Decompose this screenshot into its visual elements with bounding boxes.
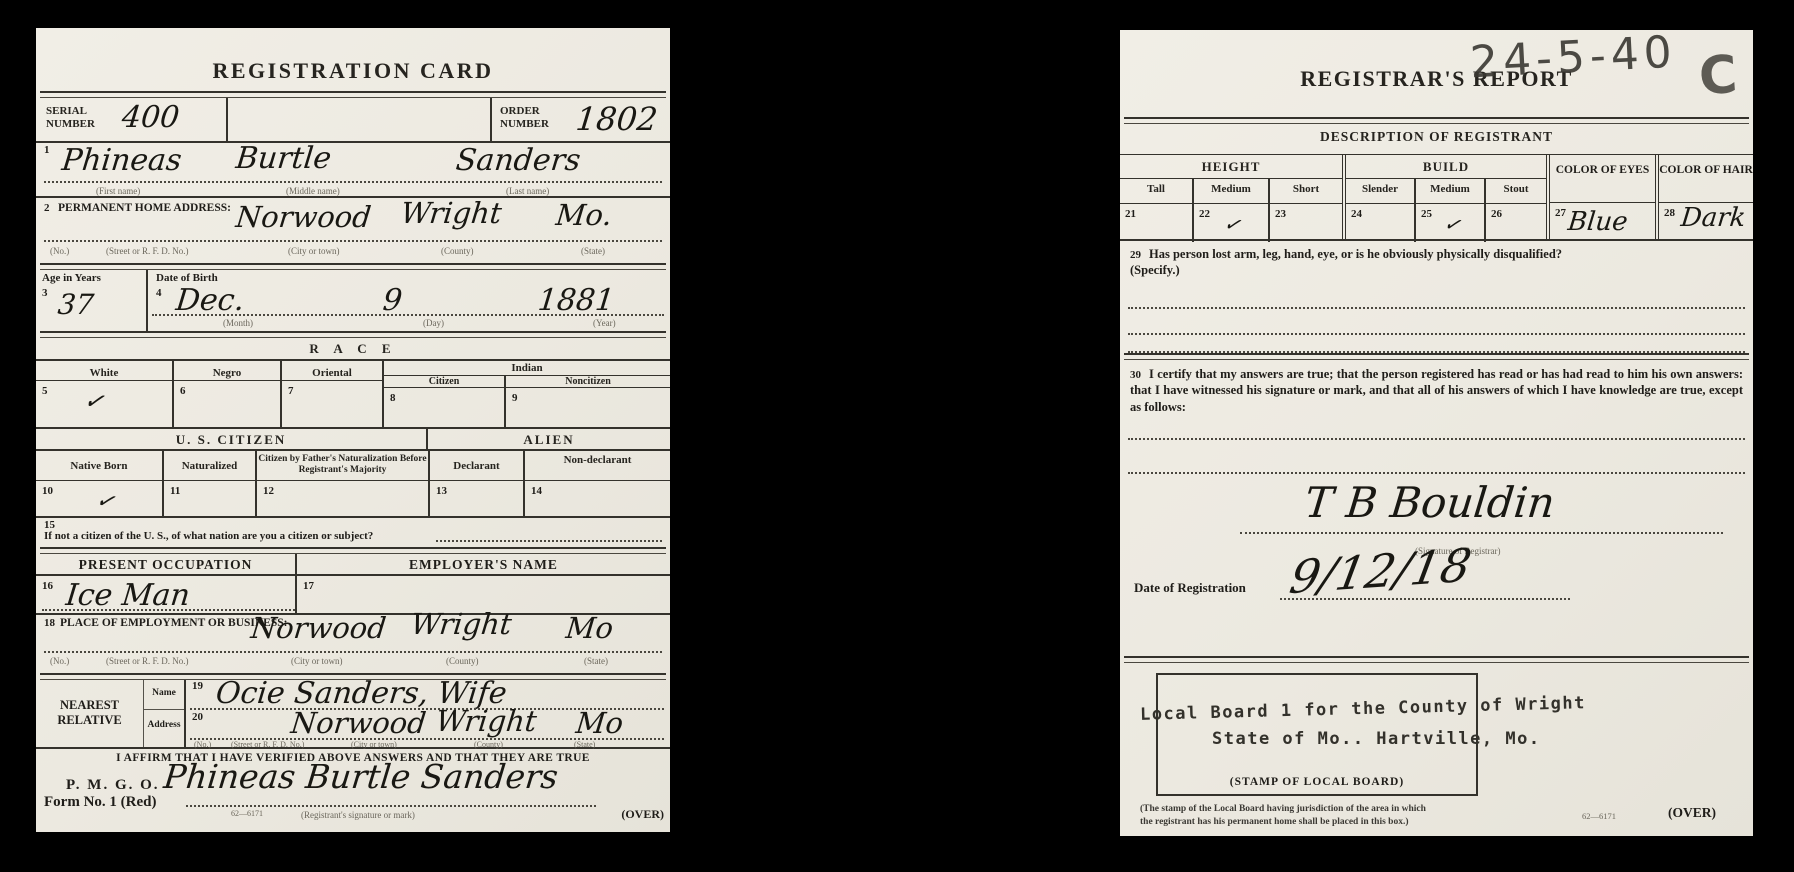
employment-city-label: (City or town) xyxy=(291,656,343,666)
color-of-hair-label: COLOR OF HAIR xyxy=(1659,155,1753,203)
race-indian-subheader: Citizen Noncitizen xyxy=(384,375,670,388)
registrant-signature-label: (Registrant's signature or mark) xyxy=(301,810,415,820)
name-middle-handwriting: Burtle xyxy=(234,141,333,176)
home-address-line: 2 PERMANENT HOME ADDRESS: Norwood Wright… xyxy=(36,198,670,263)
last-name-label: (Last name) xyxy=(506,186,549,196)
father-naturalization-label: Citizen by Father's Naturalization Befor… xyxy=(257,451,428,481)
blank-dotted-line xyxy=(1128,472,1745,474)
field-number-1: 1 xyxy=(44,144,50,156)
stamp-code-number: 24-5-40 xyxy=(1469,30,1678,88)
race-indian-noncitizen-label: Noncitizen xyxy=(504,376,670,387)
name-last-handwriting: Sanders xyxy=(454,143,582,178)
field-number-3: 3 xyxy=(42,287,48,299)
employer-name-heading: EMPLOYER'S NAME xyxy=(297,554,670,576)
field-number-30: 30 xyxy=(1130,369,1141,381)
employment-state-handwriting: Mo xyxy=(564,611,615,645)
registrar-signature-handwriting: T B Bouldin xyxy=(1302,478,1557,527)
date-of-registration-label: Date of Registration xyxy=(1134,580,1246,596)
relative-values: 19 Ocie Sanders, Wife 20 Norwood Wright … xyxy=(186,680,670,747)
divider xyxy=(1124,117,1749,124)
race-number-9: 9 xyxy=(506,392,518,404)
day-label: (Day) xyxy=(423,318,444,328)
race-cell-8: 8 xyxy=(384,388,504,427)
right-print-code: 62—6171 xyxy=(1582,811,1616,821)
field-number-4: 4 xyxy=(156,287,162,299)
question-30-body: I certify that my answers are true; that… xyxy=(1130,367,1743,414)
employment-county-handwriting: Wright xyxy=(409,607,513,641)
blank-dotted-line xyxy=(1128,307,1745,309)
left-card-footer: P. M. G. O. Form No. 1 (Red) Phineas Bur… xyxy=(36,769,670,832)
nearest-relative-block: NEAREST RELATIVE Name Address 19 Ocie Sa… xyxy=(36,680,670,749)
blank-dotted-line xyxy=(1128,438,1745,440)
stamp-box-caption: (STAMP OF LOCAL BOARD) xyxy=(1158,776,1476,788)
number-24: 24 xyxy=(1346,208,1362,220)
age-label: Age in Years xyxy=(42,272,101,284)
order-number-value: 1802 xyxy=(570,98,670,141)
registrars-report-header: REGISTRAR'S REPORT 24-5-40 C xyxy=(1120,30,1753,117)
serial-blank-box xyxy=(226,98,490,141)
height-cell-22: 22✓ xyxy=(1192,204,1268,242)
employment-county-label: (County) xyxy=(446,656,479,666)
build-stout-label: Stout xyxy=(1484,179,1546,203)
hair-column: COLOR OF HAIR 28 Dark xyxy=(1655,155,1753,239)
alien-heading: ALIEN xyxy=(428,429,670,449)
registrant-signature-handwriting: Phineas Burtle Sanders xyxy=(162,757,560,796)
birth-box: Date of Birth 4 Dec. 9 1881 (Month) (Day… xyxy=(148,270,670,331)
serial-number-label: SERIAL NUMBER xyxy=(36,98,116,141)
relative-name-label: Name xyxy=(144,680,184,710)
order-number-label: ORDER NUMBER xyxy=(490,98,570,141)
race-white-checkmark: ✓ xyxy=(82,385,107,416)
race-indian-values: 8 9 xyxy=(384,388,670,427)
line15: 15 If not a citizen of the U. S., of wha… xyxy=(36,518,670,547)
divider xyxy=(40,263,666,270)
divider xyxy=(40,91,666,98)
citizen-number-12: 12 xyxy=(257,485,274,497)
relative-sublabels: Name Address xyxy=(144,680,186,747)
question-29-block: 29Has person lost arm, leg, hand, eye, o… xyxy=(1120,241,1753,351)
citizen-number-11: 11 xyxy=(164,485,180,497)
race-oriental-label: Oriental xyxy=(282,361,382,381)
address-dotted-line xyxy=(44,240,662,242)
field-number-17: 17 xyxy=(297,580,314,592)
relative-address-label: Address xyxy=(144,710,184,730)
city-label: (City or town) xyxy=(288,246,340,256)
race-heading: R A C E xyxy=(36,338,670,361)
race-number-6: 6 xyxy=(174,385,186,397)
blank-dotted-line xyxy=(1128,333,1745,335)
field-number-29: 29 xyxy=(1130,249,1141,261)
citizen-col-native: Native Born 10 ✓ xyxy=(36,451,162,516)
home-address-state-handwriting: Mo. xyxy=(554,198,613,232)
divider xyxy=(1124,656,1749,663)
citizen-number-13: 13 xyxy=(430,485,447,497)
birth-day-handwriting: 9 xyxy=(381,283,404,318)
height-values: 21 22✓ 23 xyxy=(1120,204,1342,242)
home-address-county-handwriting: Wright xyxy=(399,196,503,230)
race-col-negro: Negro 6 xyxy=(172,361,280,427)
us-citizen-heading: U. S. CITIZEN xyxy=(36,429,428,449)
nearest-relative-heading: NEAREST RELATIVE xyxy=(50,680,130,728)
field-number-2: 2 xyxy=(44,202,50,214)
line15-dotted xyxy=(436,540,662,542)
number-21: 21 xyxy=(1120,208,1136,220)
build-group: BUILD Slender Medium Stout 24 25✓ 26 xyxy=(1342,155,1546,239)
number-23: 23 xyxy=(1270,208,1286,220)
race-indian-citizen-label: Citizen xyxy=(384,376,504,387)
age-value-handwriting: 37 xyxy=(56,288,95,321)
serial-number-handwriting: 400 xyxy=(120,100,181,135)
build-medium-label: Medium xyxy=(1414,179,1484,203)
native-born-label: Native Born xyxy=(36,451,162,481)
race-white-label: White xyxy=(36,361,172,381)
birth-year-handwriting: 1881 xyxy=(536,283,616,318)
divider xyxy=(40,331,666,338)
race-number-8: 8 xyxy=(384,392,396,404)
field-number-18: 18 xyxy=(44,617,55,629)
employment-state-label: (State) xyxy=(584,656,608,666)
hair-value-handwriting: Dark xyxy=(1679,203,1747,233)
height-medium-label: Medium xyxy=(1192,179,1268,203)
field-number-16: 16 xyxy=(36,580,53,592)
citizenship-heading-row: U. S. CITIZEN ALIEN xyxy=(36,429,670,451)
county-label: (County) xyxy=(441,246,474,256)
number-22: 22 xyxy=(1194,208,1210,220)
employment-dotted xyxy=(44,651,662,653)
stamp-box-note: (The stamp of the Local Board having jur… xyxy=(1140,803,1426,829)
color-of-eyes-label: COLOR OF EYES xyxy=(1550,155,1655,203)
local-board-typed-line2: State of Mo.. Hartville, Mo. xyxy=(1212,729,1541,749)
order-number-handwriting: 1802 xyxy=(574,100,659,138)
build-slender-label: Slender xyxy=(1346,179,1414,203)
right-over-text: (OVER) xyxy=(1668,805,1716,821)
number-25: 25 xyxy=(1416,208,1432,220)
race-cell-9: 9 xyxy=(504,388,670,427)
race-indian-label: Indian xyxy=(384,361,670,375)
number-27: 27 xyxy=(1550,207,1566,219)
citizen-col-father: Citizen by Father's Naturalization Befor… xyxy=(255,451,428,516)
race-negro-label: Negro xyxy=(174,361,280,381)
registration-card: REGISTRATION CARD SERIAL NUMBER 400 ORDE… xyxy=(36,28,670,832)
height-group: HEIGHT Tall Medium Short 21 22✓ 23 xyxy=(1120,155,1342,239)
nondeclarant-label: Non-declarant xyxy=(525,451,670,481)
street-label: (Street or R. F. D. No.) xyxy=(106,246,189,256)
height-group-label: HEIGHT xyxy=(1120,155,1342,179)
employer-box: EMPLOYER'S NAME 17 xyxy=(297,554,670,613)
number-28: 28 xyxy=(1659,207,1675,219)
serial-number-value: 400 xyxy=(116,98,226,141)
line15-text: If not a citizen of the U. S., of what n… xyxy=(44,530,373,542)
state-label: (State) xyxy=(581,246,605,256)
occupation-box: PRESENT OCCUPATION 16 Ice Man xyxy=(36,554,297,613)
build-cell-24: 24 xyxy=(1346,204,1414,242)
height-short-label: Short xyxy=(1268,179,1342,203)
height-cell-21: 21 xyxy=(1120,204,1192,242)
name-first-handwriting: Phineas xyxy=(60,143,183,178)
build-subheader: Slender Medium Stout xyxy=(1346,179,1546,204)
occupation-row: PRESENT OCCUPATION 16 Ice Man EMPLOYER'S… xyxy=(36,554,670,615)
number-26: 26 xyxy=(1486,208,1502,220)
serial-order-row: SERIAL NUMBER 400 ORDER NUMBER 1802 xyxy=(36,98,670,143)
occupation-handwriting: Ice Man xyxy=(64,578,192,613)
relative-no-label: (No.) xyxy=(194,740,211,749)
relative-county-label: (County) xyxy=(474,740,503,749)
relative-street-label: (Street or R. F. D. No.) xyxy=(231,740,304,749)
question-29-specify: (Specify.) xyxy=(1130,262,1743,278)
first-name-label: (First name) xyxy=(96,186,140,196)
divider xyxy=(40,547,666,554)
no-label: (No.) xyxy=(50,246,69,256)
home-address-city-handwriting: Norwood xyxy=(234,200,373,234)
build-medium-checkmark: ✓ xyxy=(1442,211,1463,238)
height-subheader: Tall Medium Short xyxy=(1120,179,1342,204)
alien-col-nondeclarant: Non-declarant 14 xyxy=(523,451,670,516)
present-occupation-heading: PRESENT OCCUPATION xyxy=(36,554,295,576)
employment-city-handwriting: Norwood xyxy=(249,611,388,645)
race-col-oriental: Oriental 7 xyxy=(280,361,382,427)
employment-street-label: (Street or R. F. D. No.) xyxy=(106,656,189,666)
birth-month-handwriting: Dec. xyxy=(174,283,246,318)
race-number-5: 5 xyxy=(36,385,48,397)
build-cell-26: 26 xyxy=(1484,204,1546,242)
field-number-19: 19 xyxy=(192,680,203,692)
age-birth-row: Age in Years 3 37 Date of Birth 4 Dec. 9… xyxy=(36,270,670,331)
relative-state-handwriting: Mo xyxy=(574,706,625,740)
employment-no-label: (No.) xyxy=(50,656,69,666)
form-number-text: Form No. 1 (Red) xyxy=(44,794,156,811)
stamp-note-line2: the registrant has his permanent home sh… xyxy=(1140,816,1426,829)
registration-card-title: REGISTRATION CARD xyxy=(36,28,670,91)
registrars-report-card: REGISTRAR'S REPORT 24-5-40 C DESCRIPTION… xyxy=(1120,30,1753,836)
height-medium-checkmark: ✓ xyxy=(1222,211,1243,238)
declarant-label: Declarant xyxy=(430,451,523,481)
local-board-stamp-area: (STAMP OF LOCAL BOARD) Local Board 1 for… xyxy=(1120,663,1753,836)
native-born-checkmark: ✓ xyxy=(93,487,117,516)
alien-col-declarant: Declarant 13 xyxy=(428,451,523,516)
birth-dotted-line xyxy=(152,314,664,316)
stamp-note-line1: (The stamp of the Local Board having jur… xyxy=(1140,803,1426,816)
field-number-20: 20 xyxy=(192,711,203,723)
middle-name-label: (Middle name) xyxy=(286,186,340,196)
date-of-registration-handwriting: 9/12/18 xyxy=(1286,538,1476,604)
citizen-number-10: 10 xyxy=(36,485,53,497)
name-dotted-line xyxy=(44,181,662,183)
citizen-col-naturalized: Naturalized 11 xyxy=(162,451,255,516)
question-30-block: 30I certify that my answers are true; th… xyxy=(1120,360,1753,542)
description-table: HEIGHT Tall Medium Short 21 22✓ 23 BUILD… xyxy=(1120,155,1753,241)
eyes-column: COLOR OF EYES 27 Blue xyxy=(1546,155,1655,239)
registrar-signature-dotted xyxy=(1240,532,1723,534)
year-label: (Year) xyxy=(593,318,616,328)
citizen-number-14: 14 xyxy=(525,485,542,497)
description-heading: DESCRIPTION OF REGISTRANT xyxy=(1120,124,1753,155)
race-table: White 5 ✓ Negro 6 Oriental 7 Indian Citi… xyxy=(36,361,670,429)
build-group-label: BUILD xyxy=(1346,155,1546,179)
signature-dotted-line xyxy=(186,805,596,807)
race-col-white: White 5 ✓ xyxy=(36,361,172,427)
left-over-text: (OVER) xyxy=(621,807,664,822)
age-box: Age in Years 3 37 xyxy=(36,270,148,331)
relative-county-handwriting: Wright xyxy=(434,704,538,738)
pmgo-text: P. M. G. O. xyxy=(66,777,160,794)
build-cell-25: 25✓ xyxy=(1414,204,1484,242)
build-values: 24 25✓ 26 xyxy=(1346,204,1546,242)
name-line: 1 Phineas Burtle Sanders (First name) (M… xyxy=(36,143,670,198)
relative-city-handwriting: Norwood xyxy=(289,706,428,740)
naturalized-label: Naturalized xyxy=(164,451,255,481)
home-address-label: PERMANENT HOME ADDRESS: xyxy=(58,202,231,214)
race-col-indian-group: Indian Citizen Noncitizen 8 9 xyxy=(382,361,670,427)
question-29-body: Has person lost arm, leg, hand, eye, or … xyxy=(1149,247,1562,261)
height-tall-label: Tall xyxy=(1120,179,1192,203)
month-label: (Month) xyxy=(223,318,253,328)
stamp-code-letter: C xyxy=(1697,45,1741,108)
race-number-7: 7 xyxy=(282,385,294,397)
divider xyxy=(1124,353,1749,360)
date-of-registration-block: (Signature of Registrar) Date of Registr… xyxy=(1120,542,1753,656)
question-29-text: 29Has person lost arm, leg, hand, eye, o… xyxy=(1120,241,1753,279)
question-30-text: 30I certify that my answers are true; th… xyxy=(1120,360,1753,415)
nearest-relative-heading-box: NEAREST RELATIVE xyxy=(36,680,144,747)
relative-city-label: (City or town) xyxy=(351,740,397,749)
employment-line: 18 PLACE OF EMPLOYMENT OR BUSINESS: Norw… xyxy=(36,615,670,673)
left-print-code: 62—6171 xyxy=(231,809,263,818)
citizenship-table: Native Born 10 ✓ Naturalized 11 Citizen … xyxy=(36,451,670,518)
height-cell-23: 23 xyxy=(1268,204,1342,242)
relative-state-label: (State) xyxy=(574,740,595,749)
eyes-value-handwriting: Blue xyxy=(1566,207,1629,237)
